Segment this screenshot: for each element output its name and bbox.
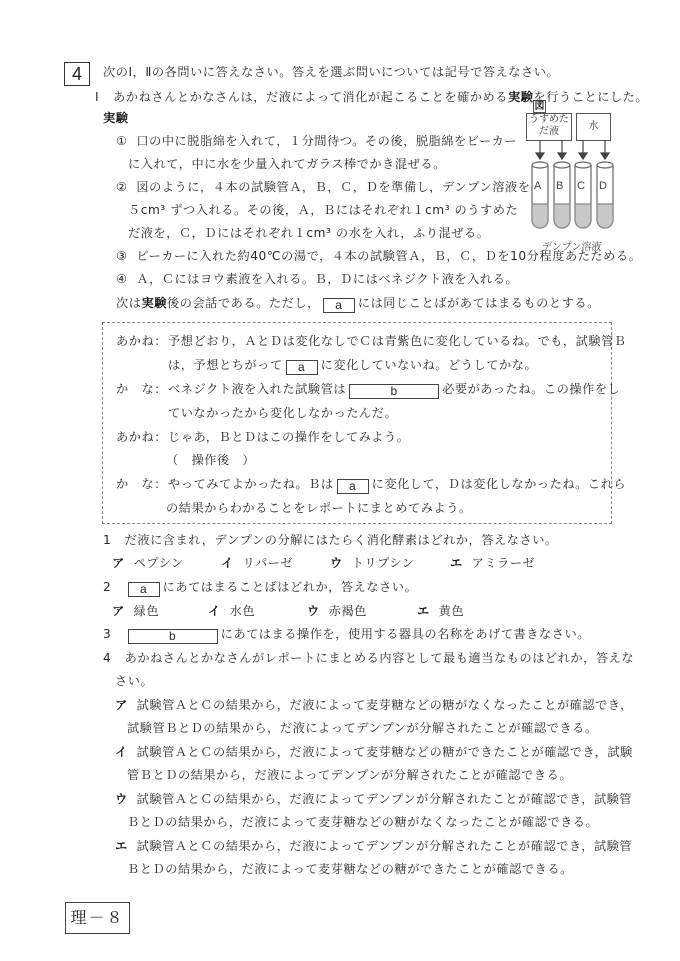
option-key: ア (112, 604, 125, 618)
option-key: エ (450, 556, 463, 570)
option-text: 黄色 (439, 604, 464, 618)
dialogue-line-kana-1b: ていなかったから変化しなかったんだ。 (168, 405, 397, 421)
question-num: 4 (103, 651, 111, 665)
option-key: ア (112, 556, 125, 570)
option-text: 緑色 (134, 604, 159, 618)
dialogue-text: やってみてよかったね。Ｂは (168, 477, 334, 491)
option-key: エ (417, 604, 430, 618)
step-text: 図のように，４本の試験管Ａ，Ｂ，Ｃ，Ｄを準備し，デンプン溶液を (136, 180, 530, 194)
question-4-line2: さい。 (115, 673, 153, 689)
option-key: イ (208, 604, 221, 618)
speaker-akane: あかね： (116, 429, 168, 445)
tube-label-a: A (534, 180, 541, 192)
q2-option-i[interactable]: イ 水色 (208, 603, 255, 619)
q4-option-a[interactable]: ア 試験管ＡとＣの結果から，だ液によって麦芽糖などの糖がなくなったことが確認でき… (115, 697, 633, 713)
option-text: 試験管ＡとＣの結果から，だ液によってデンプンが分解されたことが確認でき，試験管 (137, 839, 633, 853)
dialogue-line-kana-2: か な：やってみてよかったね。Ｂはaに変化して，Ｄは変化しなかったね。これら (116, 476, 626, 494)
blank-a: a (323, 298, 355, 313)
blank-b: b (128, 629, 218, 644)
question-text: あかねさんとかなさんがレポートにまとめる内容として最も適当なものはどれか，答えな (125, 651, 635, 665)
step-1: ① 口の中に脱脂綿を入れて，１分間待つ。その後，脱脂綿をビーカー (116, 133, 517, 149)
question-text: にあてはまる操作を，使用する器具の名称をあげて書きなさい。 (221, 627, 590, 641)
intro-text: あかねさんとかなさんは，だ液によって消化が起こることを確かめる (113, 90, 508, 104)
dialogue-text: 必要があったね。この操作をし (442, 382, 620, 396)
bold-text: 実験 (141, 296, 166, 310)
question-num: 1 (103, 533, 111, 547)
blank-a: a (337, 479, 369, 494)
tube-label-b: B (556, 180, 563, 192)
option-key: イ (115, 745, 128, 759)
question-text: だ液に含まれ，デンプンの分解にはたらく消化酵素はどれか，答えなさい。 (125, 533, 558, 547)
dialogue-text: ベネジクト液を入れた試験管は (168, 382, 346, 396)
dialogue-intro: 次は実験後の会話である。ただし，aには同じことばがあてはまるものとする。 (116, 295, 600, 313)
text: 次は (116, 296, 141, 310)
option-key: ウ (307, 604, 320, 618)
dialogue-text: に変化していないね。どうしてかな。 (321, 358, 538, 372)
option-text: アミラーゼ (472, 556, 535, 570)
dialogue-line-akane-2: あかね：じゃあ，ＢとＤはこの操作をしてみよう。 (116, 429, 410, 445)
option-text: 試験管ＡとＣの結果から，だ液によって麦芽糖などの糖がなくなったことが確認でき， (137, 698, 633, 712)
option-text: 水色 (230, 604, 255, 618)
q4-option-u[interactable]: ウ 試験管ＡとＣの結果から，だ液によってデンプンが分解されたことが確認でき，試験… (115, 791, 632, 807)
dialogue-text: に変化して，Ｄは変化しなかったね。これら (372, 477, 627, 491)
q1-option-a[interactable]: ア ペプシン (112, 555, 184, 571)
option-key: ウ (330, 556, 343, 570)
text: 後の会話である。ただし， (167, 296, 320, 310)
blank-b: b (349, 384, 439, 399)
dialogue-line-akane-1b: は，予想とちがってaに変化していないね。どうしてかな。 (168, 357, 537, 375)
option-text: リパーゼ (243, 556, 293, 570)
step-2-line3: だ液を，Ｃ，Ｄにはそれぞれ１cm³ の水を入れ，ふり混ぜる。 (128, 225, 489, 241)
option-text: ペプシン (134, 556, 184, 570)
test-tube-diagram (500, 100, 640, 260)
part1-label: Ⅰ (95, 90, 99, 104)
q4-option-e-line2: ＢとＤの結果から，だ液によって麦芽糖などの糖ができたことが確認できる。 (127, 861, 573, 877)
question-2: 2 aにあてはまることばはどれか，答えなさい。 (103, 579, 417, 597)
question-num: 2 (103, 580, 111, 594)
tube-label-d: D (599, 180, 607, 192)
option-text: 試験管ＡとＣの結果から，だ液によってデンプンが分解されたことが確認でき，試験管 (137, 792, 633, 806)
page-label: 理－８ (65, 902, 130, 934)
step-1-line2: に入れて，中に水を少量入れてガラス棒でかき混ぜる。 (128, 156, 446, 172)
step-marker: ① (116, 134, 127, 148)
dialogue-text: は，予想とちがって (168, 358, 283, 372)
question-instruction: 次のⅠ，Ⅱの各問いに答えなさい。答えを選ぶ問いについては記号で答えなさい。 (103, 64, 559, 80)
step-2: ② 図のように，４本の試験管Ａ，Ｂ，Ｃ，Ｄを準備し，デンプン溶液を (116, 179, 530, 195)
text: には同じことばがあてはまるものとする。 (358, 296, 600, 310)
experiment-heading: 実験 (103, 110, 128, 126)
speaker-akane: あかね： (116, 333, 168, 349)
speaker-kana: か な： (116, 476, 168, 492)
q1-option-u[interactable]: ウ トリプシン (330, 555, 415, 571)
dialogue-line-kana-1: か な：ベネジクト液を入れた試験管はb必要があったね。この操作をし (116, 381, 620, 399)
question-text: にあてはまることばはどれか，答えなさい。 (163, 580, 418, 594)
question-number-box: 4 (64, 62, 90, 86)
stage-direction: （ 操作後 ） (166, 452, 255, 468)
dialogue-text: 予想どおり，ＡとＤは変化なしでＣは青紫色に変化しているね。でも，試験管Ｂ (168, 334, 627, 348)
option-key: イ (221, 556, 234, 570)
step-2-line2: ５cm³ ずつ入れる。その後，Ａ，Ｂにはそれぞれ１cm³ のうすめた (128, 202, 518, 218)
option-text: トリプシン (352, 556, 415, 570)
step-marker: ④ (116, 272, 127, 286)
option-text: 試験管ＡとＣの結果から，だ液によって麦芽糖などの糖ができたことが確認でき，試験 (137, 745, 633, 759)
blank-a: a (286, 360, 318, 375)
figure-caption: デンプン溶液 (542, 238, 601, 253)
q4-option-e[interactable]: エ 試験管ＡとＣの結果から，だ液によってデンプンが分解されたことが確認でき，試験… (115, 838, 632, 854)
option-key: エ (115, 839, 128, 853)
question-4: 4 あかねさんとかなさんがレポートにまとめる内容として最も適当なものはどれか，答… (103, 650, 634, 666)
question-1: 1 だ液に含まれ，デンプンの分解にはたらく消化酵素はどれか，答えなさい。 (103, 532, 558, 548)
q2-option-u[interactable]: ウ 赤褐色 (307, 603, 367, 619)
option-key: ウ (115, 792, 128, 806)
q1-option-i[interactable]: イ リパーゼ (221, 555, 293, 571)
q2-option-e[interactable]: エ 黄色 (417, 603, 464, 619)
step-marker: ② (116, 180, 127, 194)
option-key: ア (115, 698, 128, 712)
tube-label-c: C (577, 180, 585, 192)
step-text: Ａ，Ｃにはヨウ素液を入れる。Ｂ，Ｄにはベネジクト液を入れる。 (136, 272, 518, 286)
dialogue-line-kana-2b: の結果からわかることをレポートにまとめてみよう。 (166, 500, 472, 516)
question-num: 3 (103, 627, 111, 641)
blank-a: a (128, 582, 160, 597)
q4-option-u-line2: ＢとＤの結果から，だ液によって麦芽糖などの糖がなくなったことが確認できる。 (127, 814, 598, 830)
step-text: 口の中に脱脂綿を入れて，１分間待つ。その後，脱脂綿をビーカー (136, 134, 517, 148)
dialogue-line-akane-1: あかね：予想どおり，ＡとＤは変化なしでＣは青紫色に変化しているね。でも，試験管Ｂ (116, 333, 627, 349)
dialogue-text: じゃあ，ＢとＤはこの操作をしてみよう。 (168, 430, 410, 444)
q4-option-i-line2: 管ＢとＤの結果から，だ液によってデンプンが分解されたことが確認できる。 (127, 767, 572, 783)
q1-option-e[interactable]: エ アミラーゼ (450, 555, 535, 571)
option-text: 赤褐色 (329, 604, 367, 618)
q2-option-a[interactable]: ア 緑色 (112, 603, 159, 619)
speaker-kana: か な： (116, 381, 168, 397)
step-marker: ③ (116, 249, 127, 263)
q4-option-i[interactable]: イ 試験管ＡとＣの結果から，だ液によって麦芽糖などの糖ができたことが確認でき，試… (115, 744, 633, 760)
question-3: 3 bにあてはまる操作を，使用する器具の名称をあげて書きなさい。 (103, 626, 590, 644)
q4-option-a-line2: 試験管ＢとＤの結果から，だ液によってデンプンが分解されたことが確認できる。 (127, 720, 598, 736)
figure-test-tubes: 図 うすめた だ液 水 (500, 100, 640, 260)
step-4: ④ Ａ，Ｃにはヨウ素液を入れる。Ｂ，Ｄにはベネジクト液を入れる。 (116, 271, 518, 287)
